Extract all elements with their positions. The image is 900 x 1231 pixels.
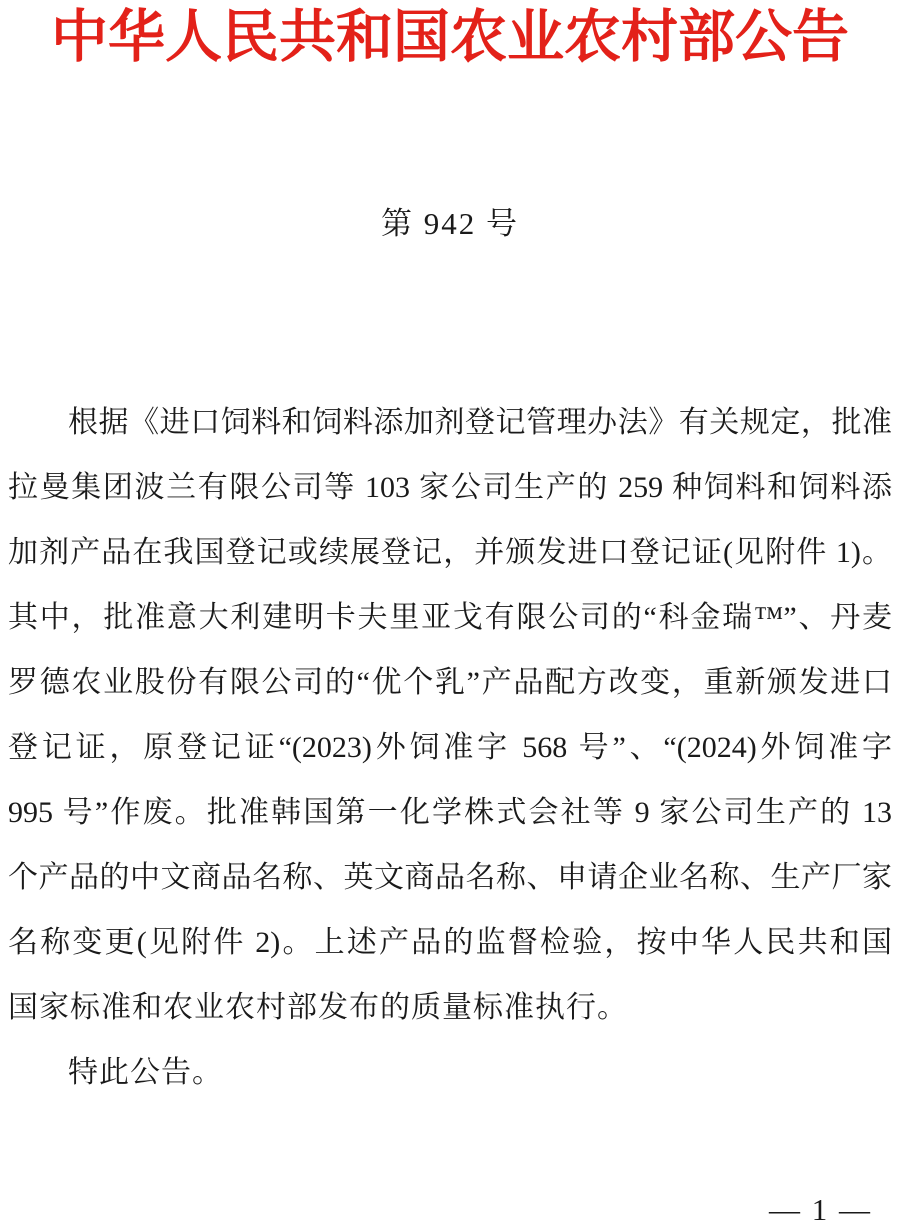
body-line: 拉曼集团波兰有限公司等 103 家公司生产的 259 种饲料和饲料添	[8, 455, 892, 520]
page-title: 中华人民共和国农业农村部公告	[0, 0, 900, 74]
body-line: 登记证，原登记证“(2023)外饲准字 568 号”、“(2024)外饲准字	[8, 715, 892, 780]
body-line: 罗德农业股份有限公司的“优个乳”产品配方改变，重新颁发进口	[8, 650, 892, 715]
announcement-body: 根据《进口饲料和饲料添加剂登记管理办法》有关规定，批准 拉曼集团波兰有限公司等 …	[8, 390, 892, 1105]
body-line: 995 号”作废。批准韩国第一化学株式会社等 9 家公司生产的 13	[8, 780, 892, 845]
body-line: 特此公告。	[8, 1040, 892, 1105]
body-line: 个产品的中文商品名称、英文商品名称、申请企业名称、生产厂家	[8, 845, 892, 910]
body-line: 其中，批准意大利建明卡夫里亚戈有限公司的“科金瑞™”、丹麦	[8, 585, 892, 650]
body-line: 根据《进口饲料和饲料添加剂登记管理办法》有关规定，批准	[8, 390, 892, 455]
body-line: 名称变更(见附件 2)。上述产品的监督检验，按中华人民共和国	[8, 910, 892, 975]
page-number: — 1 —	[769, 1193, 872, 1227]
announcement-page: 中华人民共和国农业农村部公告 第 942 号 根据《进口饲料和饲料添加剂登记管理…	[0, 0, 900, 1231]
doc-number: 第 942 号	[0, 206, 900, 242]
body-line: 加剂产品在我国登记或续展登记，并颁发进口登记证(见附件 1)。	[8, 520, 892, 585]
body-line: 国家标准和农业农村部发布的质量标准执行。	[8, 975, 892, 1040]
